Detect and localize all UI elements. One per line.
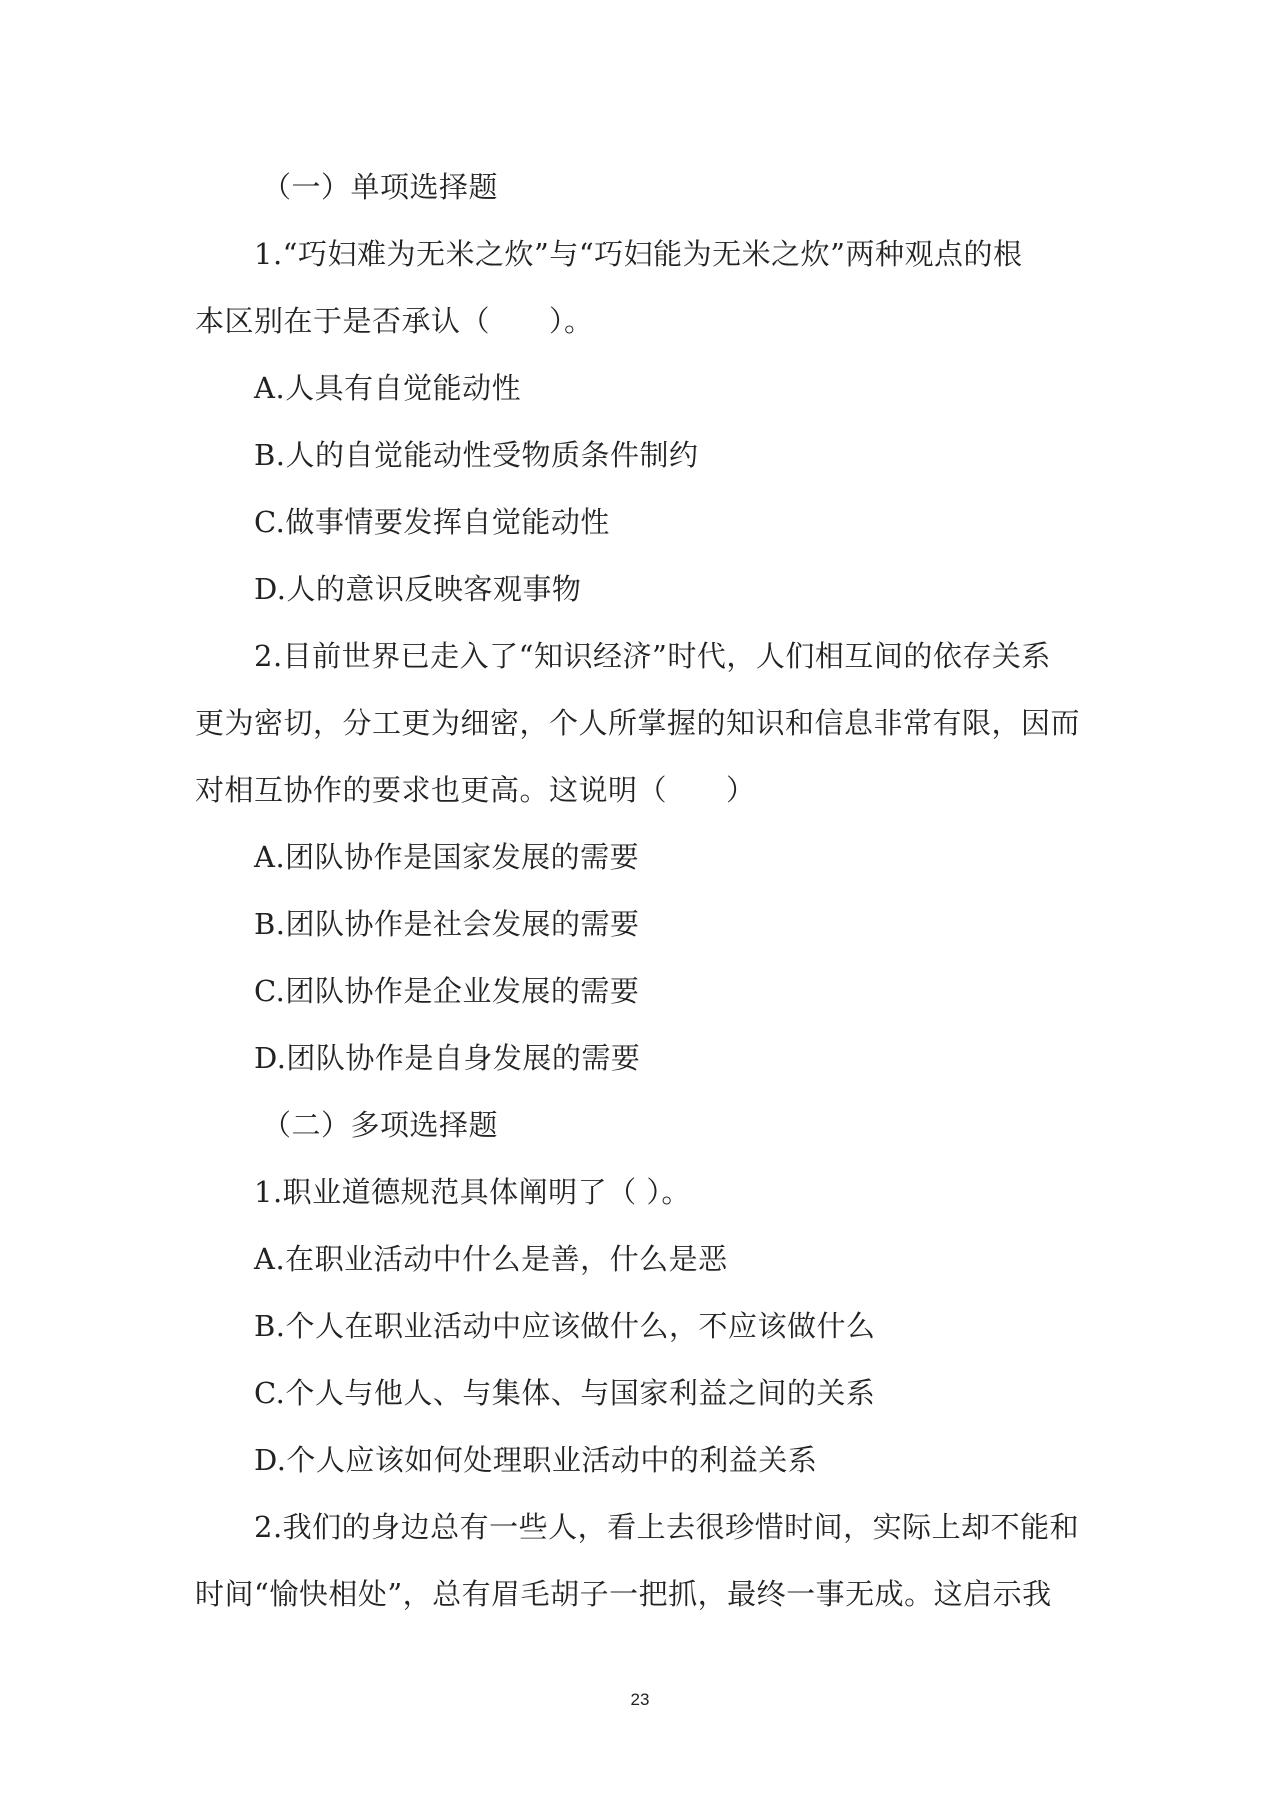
mc-question-1-line-1: 1.职业道德规范具体阐明了（ ）。 (254, 1175, 691, 1209)
question-1-option-c: C.做事情要发挥自觉能动性 (254, 505, 610, 539)
mc-question-2-line-1: 2.我们的身边总有一些人，看上去很珍惜时间，实际上却不能和 (254, 1510, 1079, 1544)
question-2-option-a: A.团队协作是国家发展的需要 (254, 840, 639, 874)
question-2-option-b: B.团队协作是社会发展的需要 (254, 907, 640, 941)
section-heading-multiple-choice: （二）多项选择题 (262, 1108, 498, 1142)
mc-question-1-option-c: C.个人与他人、与集体、与国家利益之间的关系 (254, 1376, 875, 1410)
question-1-line-1: 1.“巧妇难为无米之炊”与“巧妇能为无米之炊”两种观点的根 (254, 237, 1022, 271)
question-1-option-b: B.人的自觉能动性受物质条件制约 (254, 438, 699, 472)
section-heading-single-choice: （一）单项选择题 (262, 170, 498, 204)
question-2-line-2: 更为密切，分工更为细密，个人所掌握的知识和信息非常有限，因而 (195, 706, 1080, 740)
question-2-line-1: 2.目前世界已走入了“知识经济”时代，人们相互间的依存关系 (254, 639, 1051, 673)
mc-question-1-option-a: A.在职业活动中什么是善，什么是恶 (254, 1242, 728, 1276)
mc-question-2-line-2: 时间“愉快相处”，总有眉毛胡子一把抓，最终一事无成。这启示我 (195, 1577, 1052, 1611)
question-1-line-2: 本区别在于是否承认（ ）。 (195, 304, 594, 338)
page-number: 23 (0, 1690, 1280, 1710)
question-1-option-d: D.人的意识反映客观事物 (254, 572, 581, 606)
mc-question-1-option-d: D.个人应该如何处理职业活动中的利益关系 (254, 1443, 817, 1477)
question-2-option-c: C.团队协作是企业发展的需要 (254, 974, 639, 1008)
question-1-option-a: A.人具有自觉能动性 (254, 371, 521, 405)
mc-question-1-option-b: B.个人在职业活动中应该做什么，不应该做什么 (254, 1309, 876, 1343)
question-2-line-3: 对相互协作的要求也更高。这说明（ ） (195, 773, 756, 807)
question-2-option-d: D.团队协作是自身发展的需要 (254, 1041, 640, 1075)
